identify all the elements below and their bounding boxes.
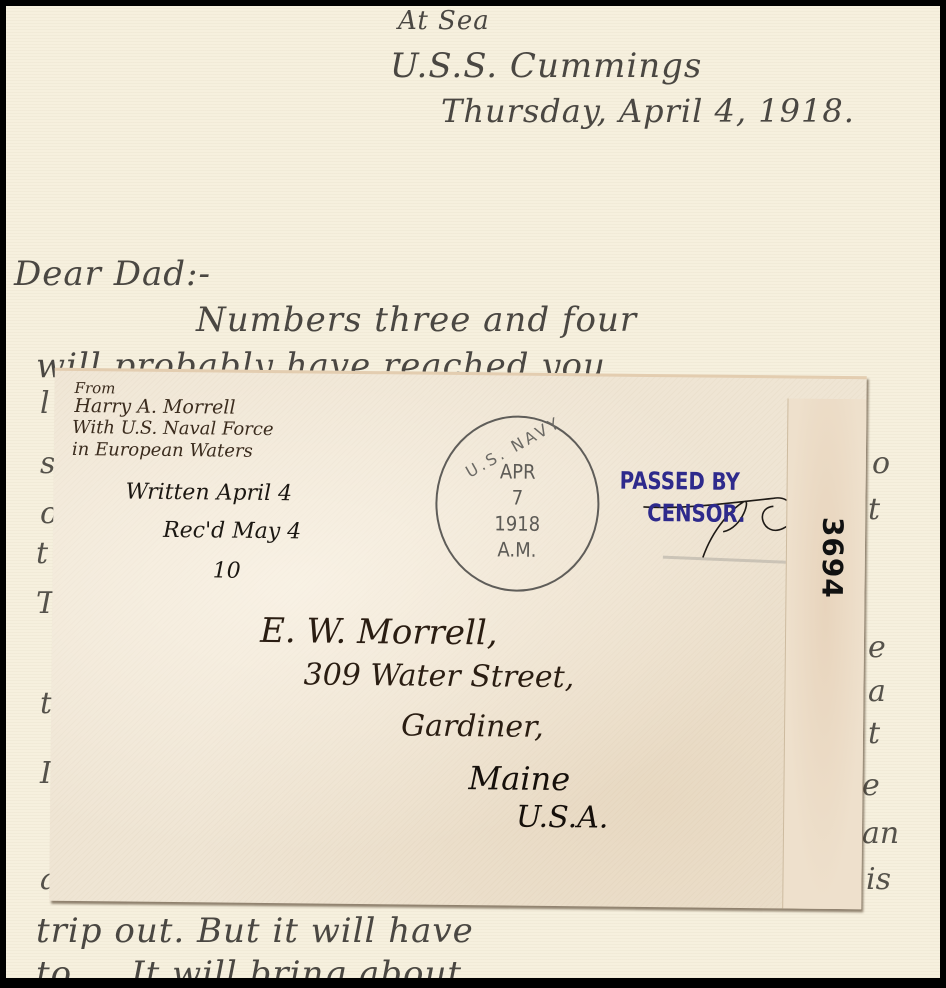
recipient-state: Maine	[468, 759, 570, 798]
censor-stamp-line2: CENSOR.	[619, 497, 745, 530]
return-unit: With U.S. Naval Force	[72, 417, 274, 440]
letter-line: to ... It will bring about	[36, 954, 462, 978]
margin-fragment: e	[862, 768, 880, 803]
margin-fragment: t	[868, 492, 880, 527]
postmark-day: 7	[437, 485, 597, 511]
letter-location: At Sea	[398, 6, 490, 36]
margin-fragment: a	[868, 674, 886, 709]
note-written: Written April 4	[125, 480, 292, 507]
censor-seal-strip: 3694	[782, 398, 866, 909]
margin-fragment: l	[40, 386, 50, 421]
recipient-city: Gardiner,	[401, 708, 544, 744]
letter-date: Thursday, April 4, 1918.	[441, 92, 855, 130]
letter-ship: U.S.S. Cummings	[390, 46, 702, 86]
note-number: 10	[213, 558, 241, 583]
censor-number: 3694	[815, 517, 849, 599]
letter-salutation: Dear Dad:-	[14, 254, 211, 294]
postmark-year: 1918	[437, 511, 597, 537]
margin-fragment: o	[872, 446, 890, 481]
postmark-time: A.M.	[437, 537, 597, 563]
margin-fragment: an	[862, 816, 899, 851]
recipient-name: E. W. Morrell,	[260, 611, 498, 653]
censor-stamp: PASSED BY CENSOR.	[619, 465, 746, 530]
margin-fragment: t	[36, 536, 48, 571]
postmark: U.S. NAVY APR 7 1918 A.M.	[434, 415, 600, 593]
margin-fragment: e	[868, 630, 886, 665]
envelope: From Harry A. Morrell With U.S. Naval Fo…	[49, 368, 867, 909]
document-photo: At Sea U.S.S. Cummings Thursday, April 4…	[6, 6, 940, 978]
censor-stamp-line1: PASSED BY	[619, 465, 745, 498]
note-received: Rec'd May 4	[163, 518, 301, 544]
postmark-month: APR	[438, 459, 598, 485]
margin-fragment: t	[868, 716, 880, 751]
return-location: in European Waters	[72, 439, 253, 462]
return-name: Harry A. Morrell	[74, 395, 235, 419]
letter-line: trip out. But it will have	[36, 911, 474, 951]
recipient-street: 309 Water Street,	[303, 657, 574, 695]
recipient-country: U.S.A.	[516, 800, 609, 836]
letter-line: Numbers three and four	[196, 300, 637, 340]
margin-fragment: is	[866, 862, 891, 897]
